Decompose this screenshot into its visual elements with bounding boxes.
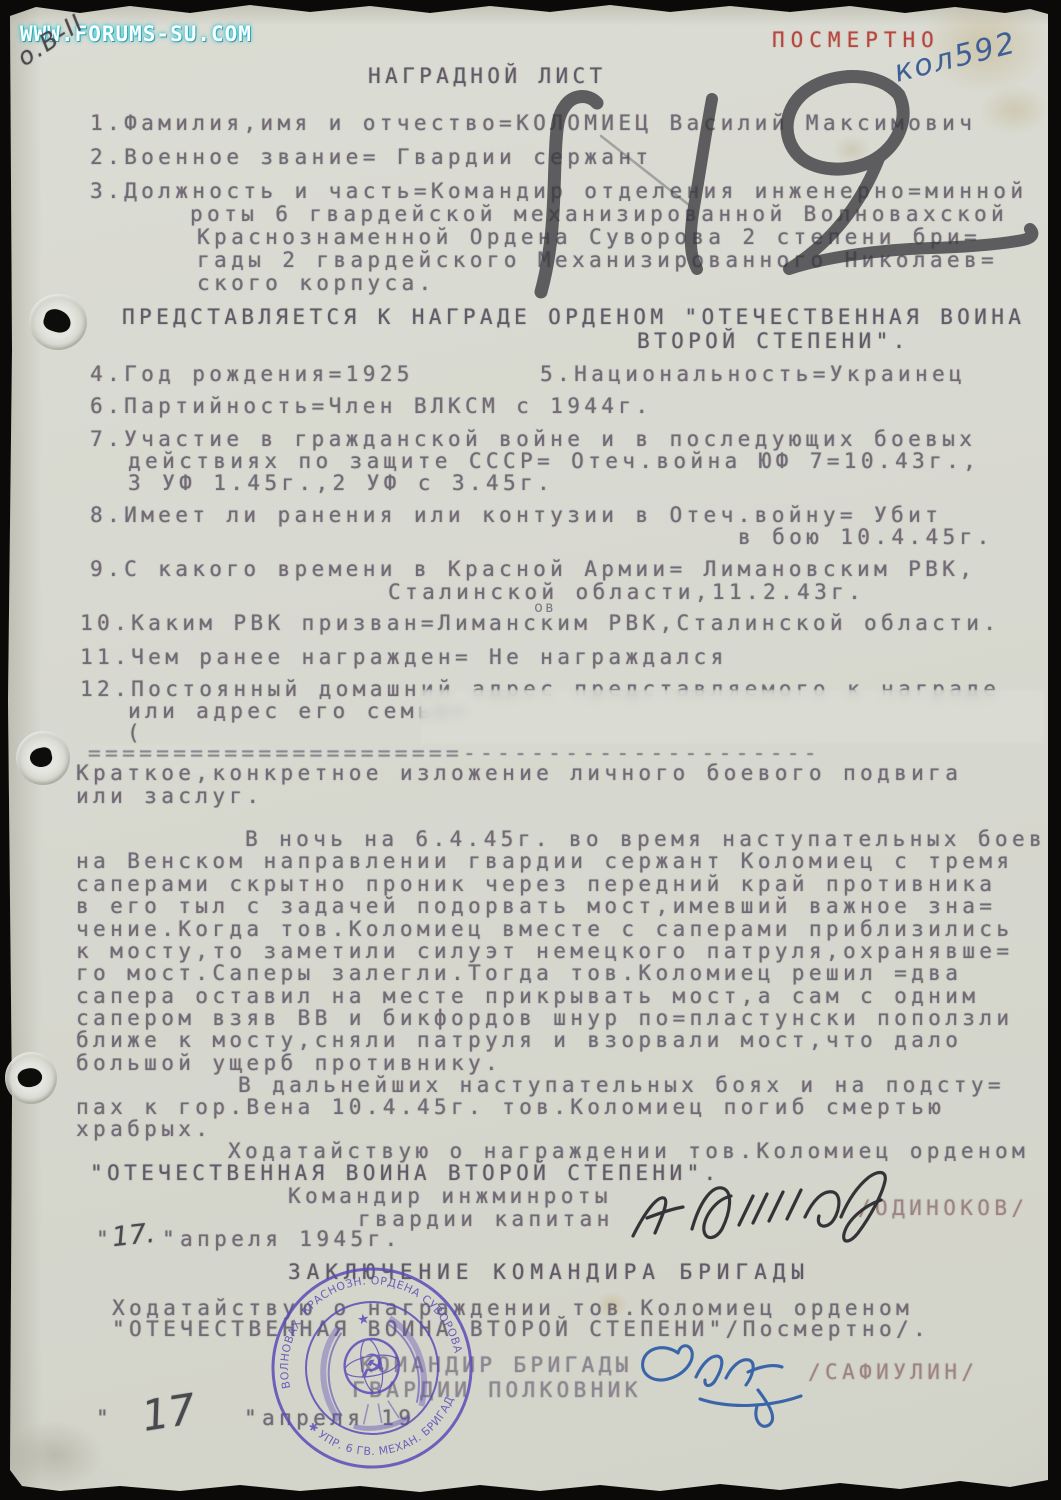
form-line-campaigns-3: 3 УФ 1.45г.,2 УФ с 3.45г. (128, 471, 554, 495)
brigade-commander-name: /САФИУЛИН/ (808, 1360, 978, 1384)
brigade-commander-role-2: ГВАРДИИ ПОЛКОВНИК (352, 1378, 642, 1402)
signoff-role-1: Командир инжминроты (288, 1184, 612, 1208)
posthumous-stamp: ПОСМЕРТНО (772, 28, 940, 52)
date2-day-pencil: 17 (138, 1384, 198, 1441)
feat-line: чение.Когда тов.Коломиец вместе с сапера… (76, 917, 1013, 941)
form-line-party: 6.Партийность=Член ВЛКСМ с 1944г. (90, 394, 652, 418)
form-line-duty-5: ского корпуса. (197, 271, 436, 295)
feat-line: саперами скрытно проник через передний к… (76, 872, 996, 896)
feat-line: к мосту,то заметили силуэт немецкого пат… (76, 939, 1013, 963)
form-line-wounds-1: 8.Имеет ли ранения или контузии в Отеч.в… (90, 503, 942, 527)
feat-line: В дальнейших наступательных боях и на по… (238, 1073, 1005, 1097)
feat-line: Ходатайствую о награждении тов.Коломиец … (228, 1139, 1029, 1163)
form-line-wounds-2: в бою 10.4.45г. (738, 525, 994, 549)
form-line-prior-awards: 11.Чем ранее награжден= Не награждался (80, 645, 728, 669)
date2-quote-close: " (244, 1406, 261, 1430)
feat-header-2: или заслуг. (76, 784, 263, 808)
form-line-duty-1: 3.Должность и часть=Командир отделения и… (90, 179, 1027, 203)
form-line-service-1: 9.С какого времени в Красной Армии= Лима… (90, 557, 976, 581)
brigade-commander-role-1: КОМАНДИР БРИГАДЫ (360, 1353, 633, 1377)
form-line-service-2: Сталинской области,11.2.43г. (388, 580, 865, 604)
date2-rest: апреля 19 (262, 1406, 415, 1430)
signoff-name: /ОДИНОКОВ/ (858, 1196, 1028, 1220)
presented-award-line-1: ПРЕДСТАВЛЯЕТСЯ К НАГРАДЕ ОРДЕНОМ "ОТЕЧЕС… (122, 305, 1025, 329)
feat-line: в его тыл с задачей подорвать мост,имевш… (76, 894, 996, 918)
conclusion-line-2: "ОТЕЧЕСТВЕННАЯ ВОИНА ВТОРОЙ СТЕПЕНИ"/Пос… (112, 1317, 930, 1341)
feat-line: го мост.Саперы залегли.Тогда тов.Коломие… (76, 961, 962, 985)
form-line-name: 1.Фамилия,имя и отчество=КОЛОМИЕЦ Васили… (90, 111, 976, 135)
feat-line: сапера оставил на месте прикрывать мост,… (76, 984, 979, 1008)
feat-line: пах к гор.Вена 10.4.45г. тов.Коломиец по… (76, 1095, 945, 1119)
form-line-campaigns-1: 7.Участие в гражданской войне и в послед… (90, 427, 976, 451)
feat-line: "ОТЕЧЕСТВЕННАЯ ВОИНА ВТОРОЙ СТЕПЕНИ". (90, 1161, 721, 1185)
form-line-rank: 2.Военное звание= Гвардии сержант (90, 145, 652, 169)
form-line-address-2: или адрес его семьи= (128, 699, 469, 723)
feat-line: на Венском направлении гвардии сержант К… (76, 849, 1013, 873)
punch-hole (5, 1052, 57, 1104)
scanned-award-sheet: WWW.FORUMS-SU.COM о.В-II кол592 ПОСМЕРТН… (0, 0, 1061, 1500)
punch-hole (29, 294, 87, 350)
punch-hole (16, 731, 70, 785)
date2-quote-open: " (96, 1406, 113, 1430)
form-line-birth-year: 4.Год рождения=1925 (90, 362, 414, 386)
feat-line: сапером взяв ВВ и бикфордов шнур по=плас… (76, 1006, 1013, 1030)
feat-header-1: Краткое,конкретное изложение личного бое… (76, 761, 962, 785)
form-line-duty-3: Краснознаменной Ордена Суворова 2 степен… (197, 225, 981, 249)
conclusion-heading: ЗАКЛЮЧЕНИЕ КОМАНДИРА БРИГАДЫ (288, 1260, 810, 1284)
feat-line: большой ущерб противнику. (76, 1051, 502, 1075)
presented-award-line-2: ВТОРОЙ СТЕПЕНИ". (637, 329, 910, 353)
form-line-duty-2: роты 6 гвардейской механизированной Волн… (190, 202, 1008, 226)
feat-line: В ночь на 6.4.45г. во время наступательн… (245, 827, 1046, 851)
feat-line: храбрых. (76, 1117, 212, 1141)
form-line-rvk: 10.Каким РВК призван=Лиманским РВК,Стали… (80, 611, 1000, 635)
date1-quote-close: " (162, 1227, 179, 1251)
feat-line: ближе к мосту,сняли патруля и взорвали м… (76, 1028, 962, 1052)
redaction-blur (420, 690, 1045, 744)
date1-day-pencil: 17. (110, 1218, 156, 1253)
form-line-campaigns-2: действиях по защите СССР= Отеч.война ЮФ … (128, 449, 980, 473)
form-line-nationality: 5.Национальность=Украинец (540, 362, 966, 386)
date1-rest: апреля 1945г. (180, 1227, 402, 1251)
form-line-duty-4: гады 2 гвардейского Механизированного Ни… (197, 248, 998, 272)
page-title: НАГРАДНОЙ ЛИСТ (368, 64, 607, 88)
